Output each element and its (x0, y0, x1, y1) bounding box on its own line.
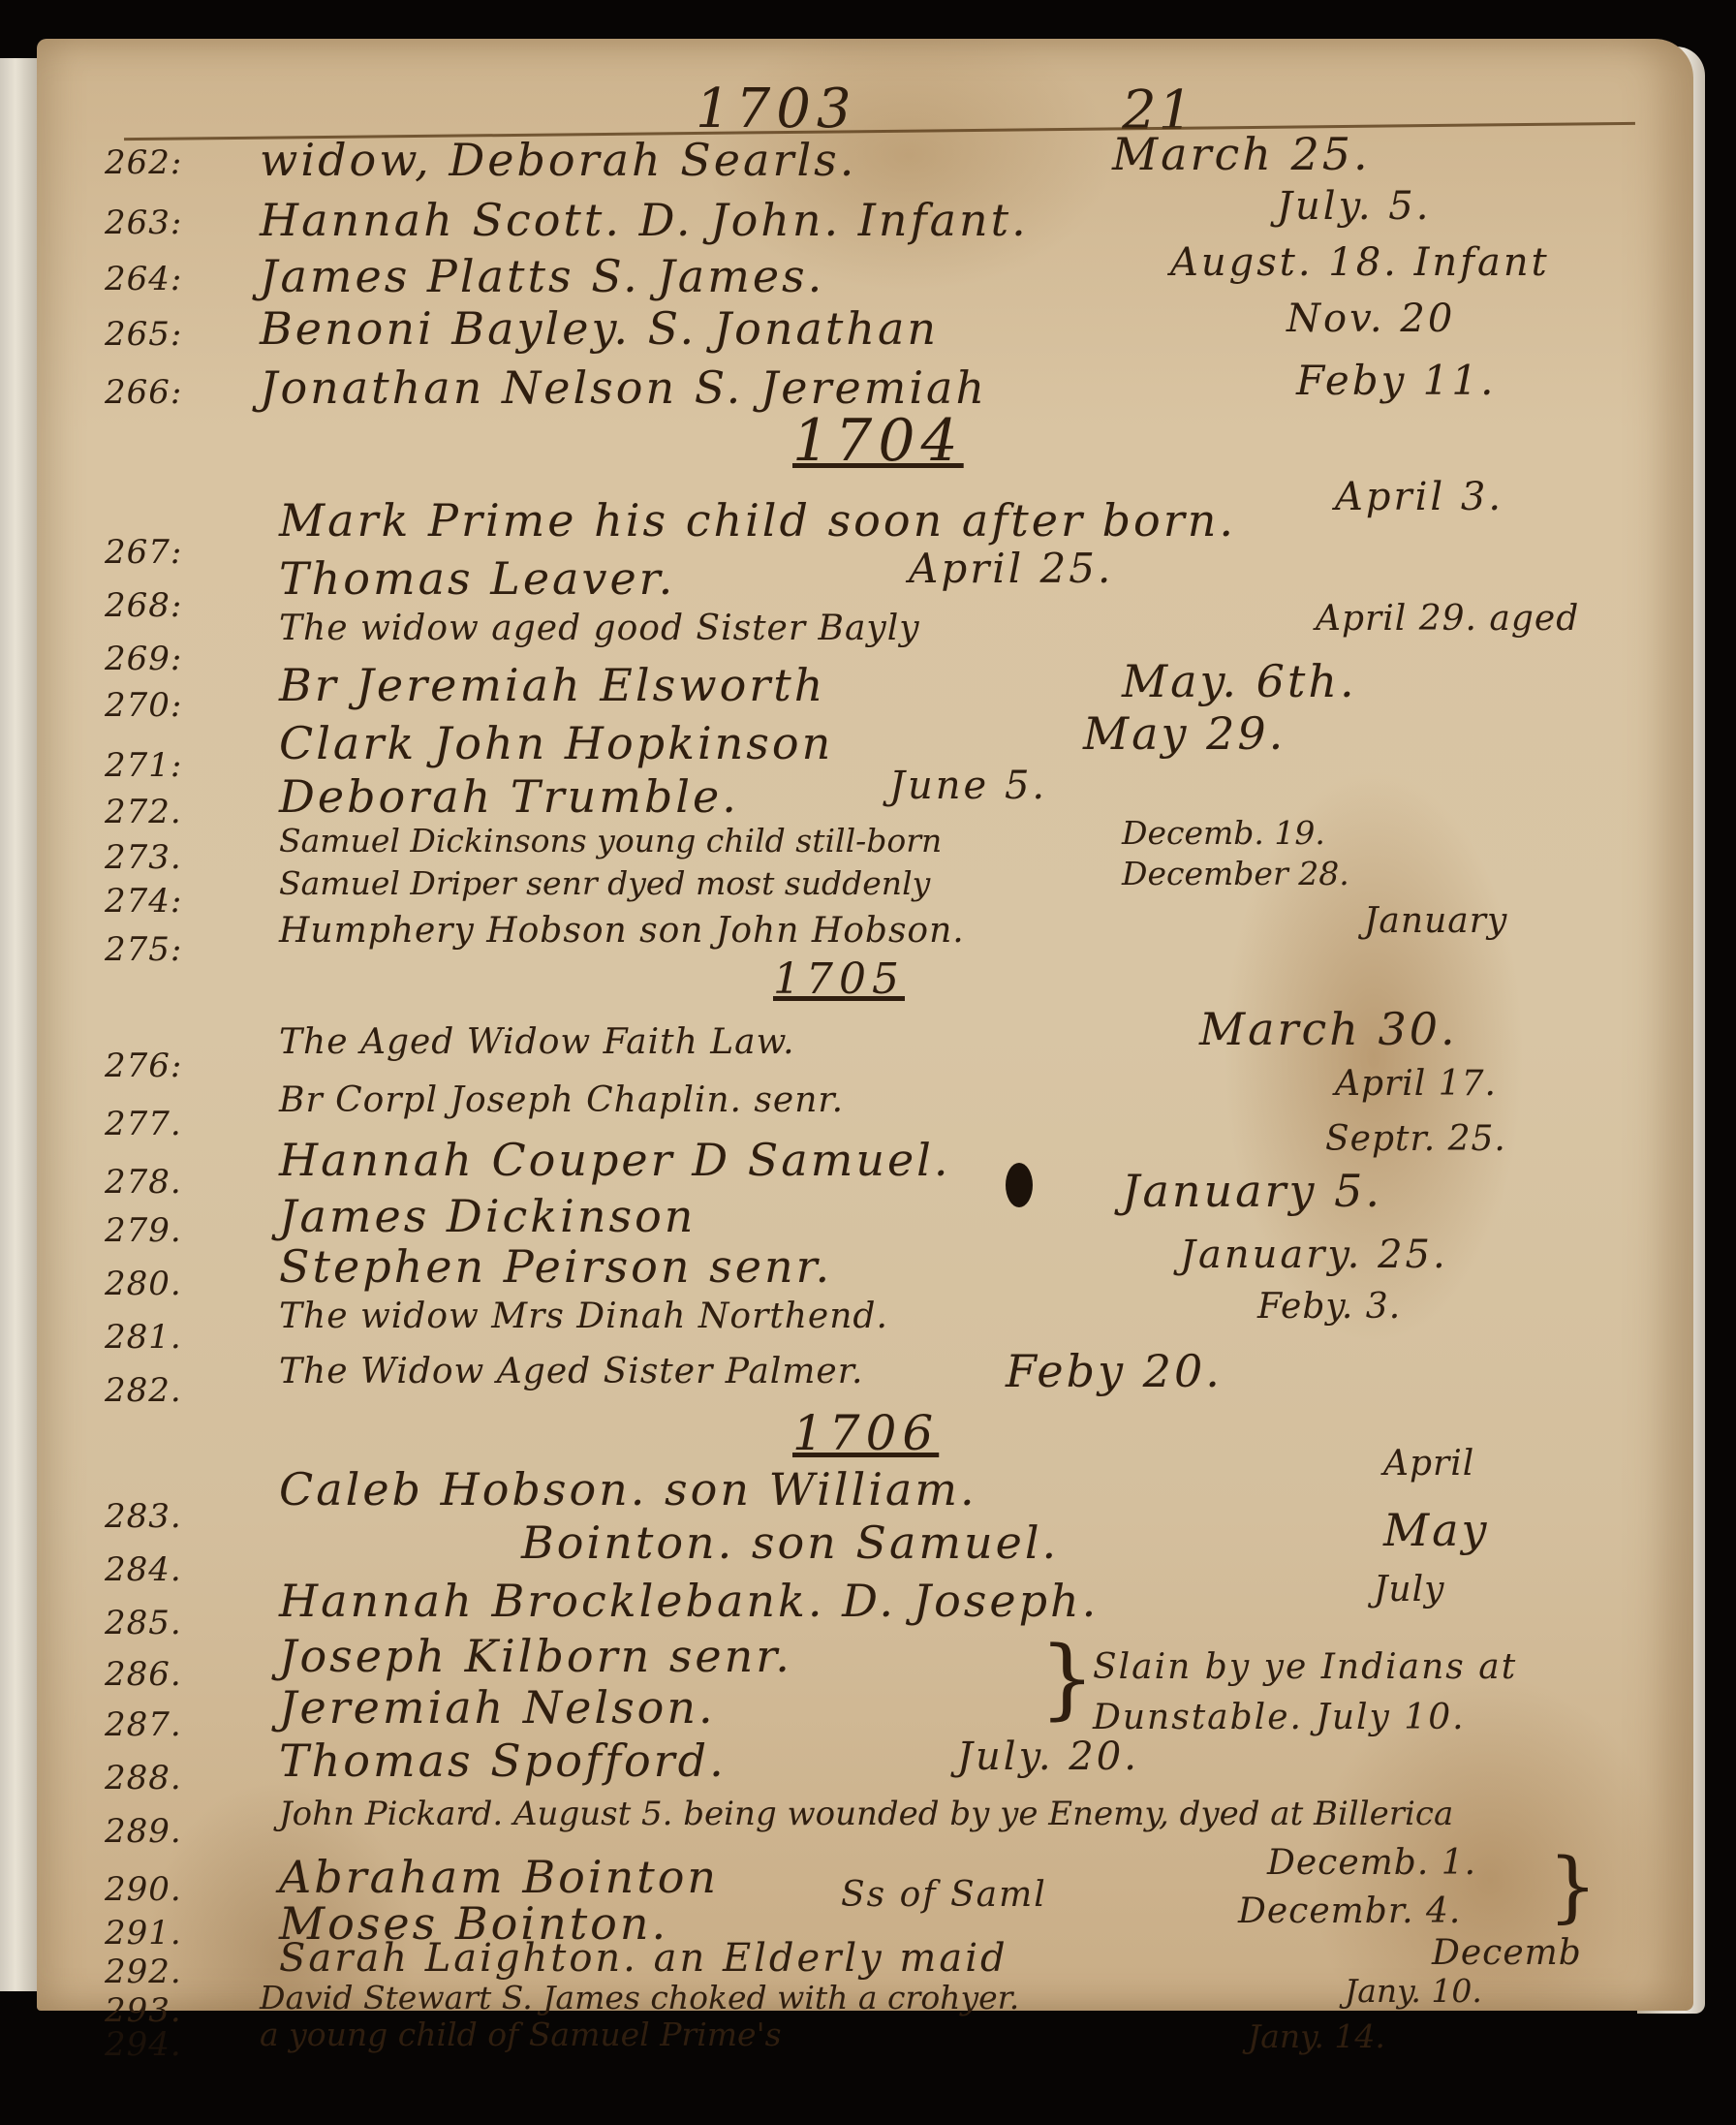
entry-number: 285. (105, 1604, 182, 1642)
entry-number: 292. (105, 1953, 182, 1991)
entry-number: 277. (105, 1105, 182, 1143)
slain-note-line2: Dunstable. July 10. (1093, 1698, 1466, 1737)
entry-number: 290. (105, 1870, 182, 1909)
entry-date: Jany. 10. (1345, 1972, 1482, 2010)
entry-text: Samuel Driper senr dyed most suddenly (279, 864, 930, 902)
entry-number: 268: (105, 586, 182, 625)
entry-text: The widow Mrs Dinah Northend. (279, 1297, 888, 1336)
entry-date: January. 25. (1180, 1233, 1448, 1277)
entry-date: May. 6th. (1122, 655, 1357, 707)
facing-page-edge (0, 58, 39, 1991)
entry-date: June 5. (889, 764, 1047, 808)
entry-date: January 5. (1122, 1165, 1382, 1217)
entry-number: 274: (105, 882, 182, 921)
entry-date: December 28. (1122, 855, 1349, 892)
entry-date: Decemb (1432, 1933, 1582, 1973)
entry-text: The Widow Aged Sister Palmer. (279, 1352, 863, 1391)
entry-text: Deborah Trumble. (279, 770, 739, 823)
entry-text: Bointon. son Samuel. (521, 1516, 1059, 1569)
entry-text: Jonathan Nelson S. Jeremiah (260, 361, 987, 414)
entry-date: January (1364, 901, 1507, 941)
entry-number: 271: (105, 746, 182, 785)
entry-text: a young child of Samuel Prime's (260, 2016, 782, 2053)
entry-text: Hannah Couper D Samuel. (279, 1134, 951, 1186)
entry-number: 273. (105, 838, 182, 877)
entry-date: Augst. 18. Infant (1170, 240, 1550, 285)
entry-date: July (1374, 1570, 1444, 1609)
entry-number: 275: (105, 930, 182, 969)
entry-date: March 25. (1112, 128, 1371, 180)
entry-text: Hannah Brocklebank. D. Joseph. (279, 1575, 1099, 1627)
entry-number: 278. (105, 1163, 182, 1202)
brace-bracket: } (1039, 1628, 1095, 1730)
entry-number: 266: (105, 373, 182, 412)
entry-date: April 25. (909, 545, 1113, 592)
entry-number: 286. (105, 1655, 182, 1694)
entry-text: Mark Prime his child soon after born. (279, 494, 1236, 547)
entry-number: 272. (105, 793, 182, 831)
entry-number: 276: (105, 1047, 182, 1085)
entry-text: Sarah Laighton. an Elderly maid (279, 1936, 1008, 1981)
ink-blot (1006, 1163, 1033, 1207)
entry-text: Br Jeremiah Elsworth (279, 659, 825, 711)
entry-number: 262: (105, 143, 182, 182)
entry-number: 294. (105, 2025, 182, 2064)
entry-number: 269: (105, 640, 182, 678)
entry-date: Septr. 25. (1325, 1119, 1506, 1159)
entry-number: 264: (105, 260, 182, 298)
entry-text: Caleb Hobson. son William. (279, 1463, 977, 1516)
entry-number: 267: (105, 533, 182, 572)
year-heading: 1706 (792, 1405, 939, 1461)
entry-text: James Platts S. James. (260, 250, 824, 302)
entry-date: March 30. (1199, 1003, 1458, 1055)
entry-number: 265: (105, 315, 182, 354)
entry-number: 283. (105, 1497, 182, 1536)
entry-text: Br Corpl Joseph Chaplin. senr. (279, 1080, 844, 1120)
entry-text: widow, Deborah Searls. (260, 134, 856, 186)
year-heading: 1704 (792, 407, 964, 475)
entry-number: 281. (105, 1318, 182, 1357)
entry-date: Feby 20. (1006, 1345, 1223, 1397)
entry-date: Nov. 20 (1286, 297, 1455, 341)
entry-date: Decemb. 19. (1122, 814, 1325, 852)
entry-date: Decemb. 1. (1267, 1843, 1476, 1883)
entry-number: 293. (105, 1991, 182, 2030)
entry-number: 282. (105, 1371, 182, 1410)
entry-date: May (1383, 1504, 1490, 1556)
entry-text: Clark John Hopkinson (279, 717, 833, 769)
entry-text: Benoni Bayley. S. Jonathan (260, 302, 939, 355)
entry-number: 270: (105, 686, 182, 725)
entry-date: April 3. (1335, 475, 1503, 519)
entry-text: Humphery Hobson son John Hobson. (279, 911, 965, 951)
entry-text: Jeremiah Nelson. (279, 1681, 716, 1734)
entry-text: The widow aged good Sister Bayly (279, 609, 920, 648)
entry-date: July. 5. (1277, 184, 1431, 229)
entry-text: Stephen Peirson senr. (279, 1240, 832, 1293)
entry-number: 287. (105, 1705, 182, 1744)
slain-note-line1: Slain by ye Indians at (1093, 1647, 1517, 1687)
entry-text: The Aged Widow Faith Law. (279, 1022, 795, 1062)
sons-of-note: Ss of Saml (841, 1875, 1047, 1915)
entry-date: May 29. (1083, 707, 1286, 760)
brace-bracket: } (1548, 1841, 1597, 1931)
entry-number: 291. (105, 1914, 182, 1953)
year-heading: 1705 (773, 954, 905, 1004)
entry-number: 289. (105, 1812, 182, 1851)
entry-date: Feby 11. (1296, 357, 1496, 404)
entry-date: Jany. 14. (1248, 2017, 1385, 2055)
entry-number: 280. (105, 1265, 182, 1303)
entry-number: 279. (105, 1211, 182, 1250)
entry-date: April 29. aged (1316, 599, 1579, 639)
entry-text: Joseph Kilborn senr. (279, 1630, 792, 1682)
manuscript-page: 1703 21 262: widow, Deborah Searls. Marc… (37, 39, 1693, 2011)
entry-number: 288. (105, 1759, 182, 1797)
entry-text: Hannah Scott. D. John. Infant. (260, 194, 1029, 246)
entry-number: 284. (105, 1550, 182, 1589)
entry-date: April 17. (1335, 1064, 1497, 1104)
entry-date: April (1383, 1444, 1474, 1484)
entry-number: 263: (105, 203, 182, 242)
entry-text: Thomas Leaver. (279, 552, 675, 605)
entry-text: Thomas Spofford. (279, 1734, 727, 1787)
entry-text: John Pickard. August 5. being wounded by… (279, 1795, 1453, 1833)
entry-text: Abraham Bointon (279, 1851, 719, 1903)
entry-date: July. 20. (957, 1734, 1139, 1779)
entry-date: Feby. 3. (1257, 1287, 1401, 1327)
entry-date: Decembr. 4. (1238, 1891, 1461, 1931)
entry-text: Samuel Dickinsons young child still-born (279, 822, 942, 859)
entry-text: James Dickinson (279, 1190, 696, 1242)
entry-text: David Stewart S. James choked with a cro… (260, 1979, 1019, 2016)
